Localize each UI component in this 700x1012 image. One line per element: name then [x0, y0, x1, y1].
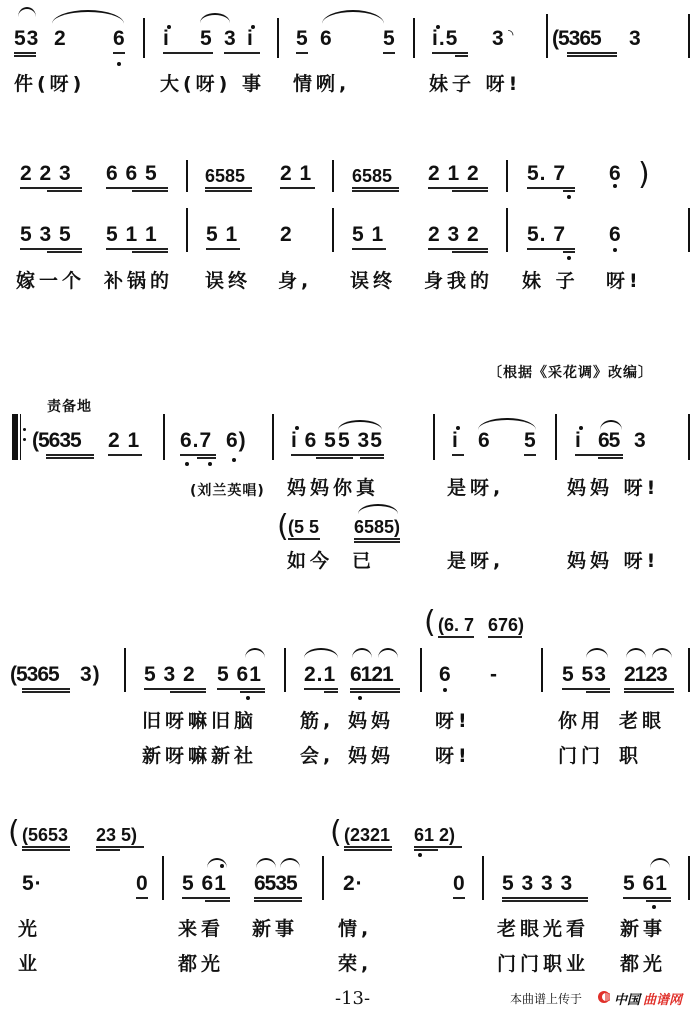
lyric: 光	[18, 918, 41, 940]
underline	[144, 688, 206, 690]
note: 6585	[352, 165, 392, 187]
lyric: 已	[352, 550, 375, 572]
dot	[220, 864, 224, 868]
lyric: 补锅的	[104, 270, 173, 292]
lyric: 嫁一个	[16, 270, 85, 292]
slur	[378, 648, 398, 658]
slur	[652, 648, 672, 658]
slur	[52, 10, 124, 24]
underline	[324, 691, 338, 693]
note: 5 3 5	[20, 224, 72, 246]
underline	[414, 846, 462, 848]
lyric: 情,	[338, 918, 372, 940]
note: 3	[634, 430, 647, 452]
underline	[502, 900, 588, 902]
note: i	[452, 430, 459, 452]
note: 6 6 5	[106, 163, 158, 185]
note: i	[247, 28, 254, 50]
underline	[113, 52, 125, 54]
note: 5 3 3 3	[502, 873, 573, 895]
singer-credit: (刘兰英唱)	[190, 480, 265, 502]
note: 3	[492, 28, 505, 50]
note: 5 53	[562, 664, 607, 686]
note: i.5	[432, 28, 458, 50]
slur	[358, 504, 398, 514]
underline	[132, 190, 168, 192]
barline	[186, 160, 188, 192]
note: 5	[296, 28, 309, 50]
lyric: 筋,	[300, 710, 334, 732]
repeat-dot	[23, 428, 26, 431]
lyric: 妈妈	[348, 745, 394, 767]
underline	[132, 251, 168, 253]
underline	[14, 52, 36, 54]
barline	[284, 648, 286, 692]
note: 2 3 2	[428, 224, 480, 246]
lyric: 新呀嘛新社	[142, 745, 257, 767]
slur	[200, 13, 230, 23]
underline	[20, 248, 82, 250]
attribution: 〔根据《采花调》改编〕	[488, 362, 653, 384]
underline	[22, 688, 70, 690]
lyric: 都光	[178, 953, 224, 975]
barline	[688, 414, 690, 460]
note: 6121	[350, 664, 393, 686]
underline	[344, 846, 392, 848]
underline	[623, 897, 671, 899]
slur	[586, 648, 608, 658]
note: 6	[439, 664, 452, 686]
underline	[352, 190, 399, 192]
note: 5 1	[206, 224, 238, 246]
barline	[143, 18, 145, 58]
dot	[295, 426, 299, 430]
barline	[163, 414, 165, 460]
lyric: 是呀,	[447, 477, 504, 499]
underline	[562, 688, 610, 690]
lyric: 来看	[178, 918, 224, 940]
underline	[350, 688, 400, 690]
lyric: 新事	[252, 918, 298, 940]
underline	[414, 849, 438, 851]
barline	[433, 414, 435, 460]
underline	[344, 849, 392, 851]
underline	[22, 846, 70, 848]
underline	[206, 248, 240, 250]
underline	[527, 248, 575, 250]
open-paren: (	[8, 818, 20, 848]
barline	[277, 18, 279, 58]
note: (5653	[22, 824, 68, 846]
lyric: 误终	[350, 270, 396, 292]
note: 5	[383, 28, 396, 50]
lyric: 是呀,	[447, 550, 504, 572]
underline	[240, 691, 265, 693]
underline	[136, 897, 148, 899]
lyric: 误终	[205, 270, 251, 292]
lyric: 你用	[558, 710, 604, 732]
slur	[626, 648, 646, 658]
dot	[167, 25, 171, 29]
lyric: 妹子 呀!	[429, 73, 521, 95]
underline	[575, 454, 623, 456]
slur	[352, 648, 372, 658]
slur	[245, 648, 265, 658]
underline	[205, 900, 230, 902]
barline	[506, 208, 508, 252]
note: 0	[453, 873, 466, 895]
repeat-dot	[23, 438, 26, 441]
lyric: 职	[619, 745, 642, 767]
underline	[163, 52, 213, 54]
underline	[254, 897, 302, 899]
note: 6	[478, 430, 491, 452]
note: 2 1	[280, 163, 312, 185]
note: i 6 5	[291, 430, 337, 452]
barline	[541, 648, 543, 692]
barline	[555, 414, 557, 460]
underline	[428, 248, 488, 250]
note: 2 2 3	[20, 163, 72, 185]
underline	[586, 691, 610, 693]
barline	[688, 856, 690, 900]
underline	[205, 190, 252, 192]
note: 2 1	[108, 430, 140, 452]
note: 6)	[226, 430, 247, 452]
underline	[452, 190, 488, 192]
lyric: 会,	[300, 745, 334, 767]
underline	[624, 691, 674, 693]
barline	[688, 14, 690, 58]
note: 2123	[624, 664, 667, 686]
underline	[22, 691, 70, 693]
note: (5635	[32, 430, 81, 452]
barline	[482, 856, 484, 900]
underline	[428, 187, 488, 189]
dot	[358, 696, 362, 700]
lyric: 情咧,	[293, 73, 350, 95]
underline	[108, 454, 142, 456]
dot	[652, 905, 656, 909]
underline	[488, 636, 522, 638]
underline	[46, 454, 94, 456]
underline	[316, 457, 353, 459]
note: 6585)	[354, 516, 400, 538]
lyric: 妈妈 呀!	[567, 550, 659, 572]
underline	[352, 187, 399, 189]
dot	[418, 853, 422, 857]
underline	[46, 457, 94, 459]
underline	[22, 849, 70, 851]
underline	[14, 55, 36, 57]
underline	[354, 541, 400, 543]
underline	[217, 688, 265, 690]
lyric: 身,	[278, 270, 312, 292]
dot	[251, 25, 255, 29]
lyric: 呀!	[435, 710, 471, 732]
dot	[456, 426, 460, 430]
note: (5365	[10, 664, 59, 686]
underline	[452, 454, 464, 456]
source-text: 本曲谱上传于	[510, 990, 582, 1007]
slur	[256, 858, 276, 868]
open-paren: (	[424, 608, 436, 638]
underline	[624, 688, 674, 690]
note: 6535	[254, 873, 297, 895]
note: 5 1	[352, 224, 384, 246]
underline	[452, 251, 488, 253]
note: 3)	[80, 664, 101, 686]
note: -	[490, 664, 498, 686]
underline	[527, 187, 575, 189]
underline	[350, 691, 400, 693]
underline	[646, 900, 671, 902]
barline	[332, 160, 334, 192]
underline	[182, 897, 230, 899]
note: 5	[524, 430, 537, 452]
note: (2321	[344, 824, 390, 846]
underline	[20, 187, 82, 189]
lyric: 老眼	[619, 710, 665, 732]
note: 5 61	[217, 664, 262, 686]
underline	[180, 454, 216, 456]
lyric: 呀!	[606, 270, 642, 292]
note: (5 5	[288, 516, 319, 538]
note: 23 5)	[96, 824, 137, 846]
lyric: 如今	[287, 550, 333, 572]
underline	[254, 900, 302, 902]
site-logo-icon	[597, 990, 611, 1004]
underline	[96, 849, 120, 851]
underline	[598, 457, 623, 459]
open-paren: (	[277, 512, 289, 542]
note: 5 61	[182, 873, 227, 895]
underline	[288, 538, 320, 540]
slur	[207, 858, 227, 868]
underline	[170, 691, 206, 693]
underline	[296, 52, 308, 54]
underline	[502, 897, 588, 899]
underline	[106, 187, 168, 189]
underline	[224, 52, 260, 54]
note: 5 1 1	[106, 224, 158, 246]
underline	[563, 251, 575, 253]
site-name-part2[interactable]: 曲谱网	[643, 989, 682, 1008]
note: 5. 7	[527, 224, 566, 246]
underline	[197, 457, 216, 459]
note: 5·	[22, 873, 43, 895]
barline	[186, 208, 188, 252]
note: 65	[598, 430, 619, 452]
slur	[280, 858, 300, 868]
note: i	[575, 430, 582, 452]
underline	[453, 897, 465, 899]
note: (5365	[552, 28, 601, 50]
note: 5. 7	[527, 163, 566, 185]
lyric: 呀!	[435, 745, 471, 767]
note: 2.1	[304, 664, 336, 686]
lyric: 业	[18, 953, 41, 975]
underline	[47, 251, 82, 253]
repeat-barline-thin	[20, 414, 21, 460]
underline	[383, 52, 395, 54]
note: 0	[136, 873, 149, 895]
note: 3	[224, 28, 237, 50]
note: 5	[200, 28, 213, 50]
lyric: 妈妈你真	[287, 477, 379, 499]
repeat-start-barline	[12, 414, 18, 460]
note: 61 2)	[414, 824, 455, 846]
note: 6	[609, 163, 622, 185]
barline	[688, 208, 690, 252]
barline	[546, 14, 548, 58]
underline	[360, 457, 384, 459]
note: (6. 7	[438, 614, 474, 636]
note: 3	[629, 28, 642, 50]
lyric: 新事	[620, 918, 666, 940]
underline	[96, 846, 144, 848]
lyric: 妈妈	[348, 710, 394, 732]
note: 6	[320, 28, 333, 50]
lyric: 门门	[558, 745, 604, 767]
underline	[304, 688, 338, 690]
barline	[420, 648, 422, 692]
underline	[524, 454, 536, 456]
barline	[413, 18, 415, 58]
dot	[613, 248, 617, 252]
lyric: 件(呀)	[14, 73, 85, 95]
note: 5 35	[338, 430, 383, 452]
note: 6585	[205, 165, 245, 187]
note: 2·	[343, 873, 364, 895]
breath-mark-icon: ◝	[508, 26, 513, 43]
note: 2	[280, 224, 293, 246]
dot	[436, 25, 440, 29]
dot	[579, 426, 583, 430]
note: 676)	[488, 614, 524, 636]
lyric: 门门职业	[497, 953, 589, 975]
dot	[117, 62, 121, 66]
underline	[567, 52, 617, 54]
underline	[563, 190, 575, 192]
lyric: 身我的	[424, 270, 493, 292]
barline	[322, 856, 324, 900]
underline	[354, 538, 400, 540]
note: 2	[54, 28, 67, 50]
slur	[18, 7, 36, 17]
lyric: 妈妈 呀!	[567, 477, 659, 499]
note: i	[163, 28, 170, 50]
close-paren: )	[638, 160, 650, 190]
barline	[162, 856, 164, 900]
page-number: -13-	[335, 988, 370, 1009]
underline	[438, 636, 474, 638]
barline	[332, 208, 334, 252]
note: 6	[113, 28, 126, 50]
note: 5 3 2	[144, 664, 196, 686]
tempo-marking: 责备地	[47, 396, 92, 418]
note: 6	[609, 224, 622, 246]
site-name-part1[interactable]: 中国	[614, 989, 640, 1008]
barline	[272, 414, 274, 460]
open-paren: (	[330, 818, 342, 848]
dot	[567, 256, 571, 260]
barline	[506, 160, 508, 192]
underline	[47, 190, 82, 192]
dot	[567, 195, 571, 199]
note: 2 1 2	[428, 163, 480, 185]
note: 6.7	[180, 430, 212, 452]
underline	[205, 187, 252, 189]
slur	[650, 858, 670, 868]
barline	[124, 648, 126, 692]
dot	[232, 458, 236, 462]
slur	[322, 10, 384, 24]
lyric: 都光	[620, 953, 666, 975]
lyric: 大(呀) 事	[160, 73, 265, 95]
dot	[613, 184, 617, 188]
note: 5 61	[623, 873, 668, 895]
underline	[352, 248, 386, 250]
dot	[443, 688, 447, 692]
underline	[567, 55, 617, 57]
underline	[280, 187, 315, 189]
lyric: 老眼光看	[497, 918, 589, 940]
underline	[432, 52, 468, 54]
underline	[106, 248, 168, 250]
dot	[185, 462, 189, 466]
lyric: 妹 子	[522, 270, 579, 292]
slur	[304, 648, 338, 658]
dot	[208, 462, 212, 466]
underline	[455, 55, 468, 57]
lyric: 旧呀嘛旧脑	[142, 710, 257, 732]
underline	[338, 454, 384, 456]
note: 53	[14, 28, 39, 50]
lyric: 荣,	[338, 953, 372, 975]
barline	[688, 648, 690, 692]
dot	[246, 696, 250, 700]
